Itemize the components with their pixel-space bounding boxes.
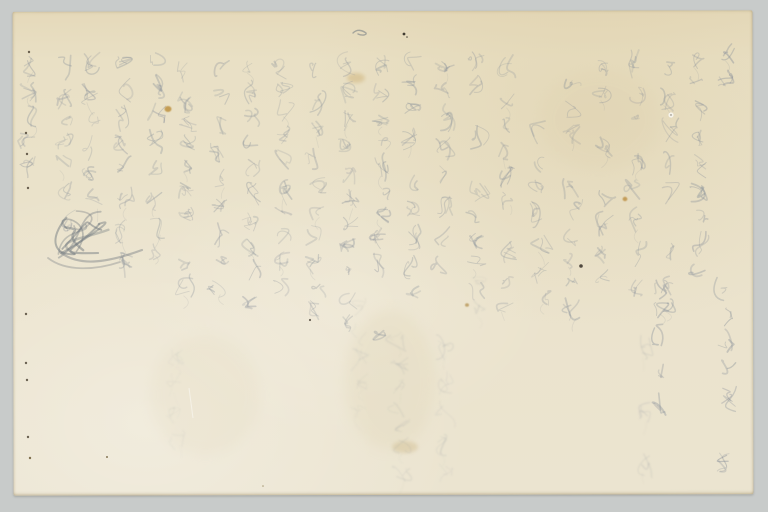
- manuscript-paper: [12, 10, 753, 496]
- photo-stage: [0, 0, 768, 512]
